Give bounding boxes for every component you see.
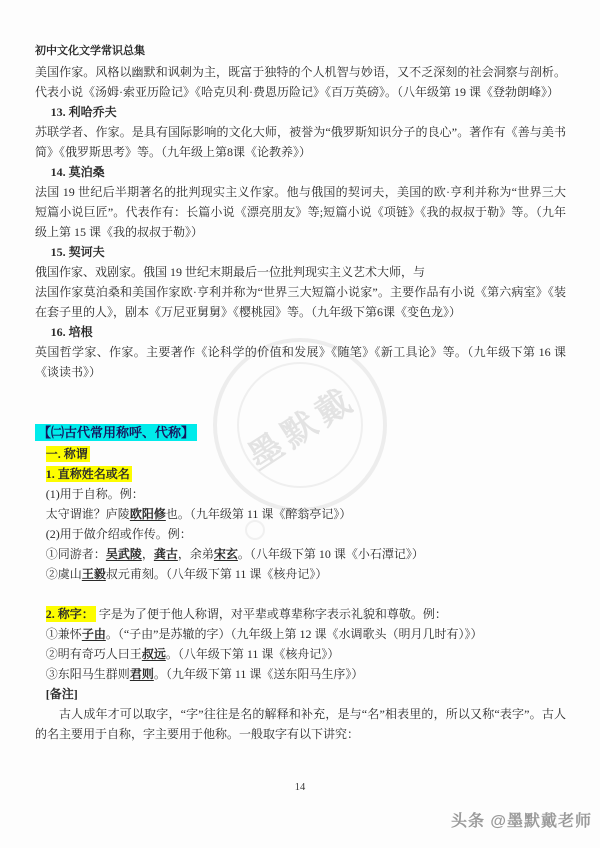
text-line: 13. 利哈乔夫 [35,102,566,122]
text-run: 。（“子由”是苏辙的字）（九年级上第 12 课《水调歌头（明月几时有）》） [106,627,483,641]
text-line: 初中文化文学常识总集 [35,42,566,62]
spacer [35,584,566,604]
text-line: 法国 19 世纪后半期著名的批判现实主义作家。他与俄国的契诃夫，美国的欧·亨利并… [35,182,566,242]
text-run: 法国作家莫泊桑和美国作家欧·亨利并称为“世界三大短篇小说家”。主要作品有小说《第… [35,285,566,319]
text-run: 俄国作家、戏剧家。俄国 19 世纪末期最后一位批判现实主义艺术大师，与 [35,265,425,279]
text-line: 【㈡古代常用称呼、代称】 [35,422,566,444]
text-run: ①兼怀 [46,627,82,641]
text-line: 英国哲学家、作家。主要著作《论科学的价值和发展》《随笔》《新工具论》等。（九年级… [35,342,566,382]
text-run: 。（八年级下第 10 课《小石潭记》） [238,547,424,561]
text-run: 宋玄 [214,547,238,561]
text-run: ①同游者： [46,547,106,561]
text-line: 一. 称谓 [35,444,566,464]
text-run: 也。（九年级第 11 课《醉翁亭记》） [166,507,352,521]
text-line: 1. 直称姓名或名 [35,464,566,484]
text-line: 法国作家莫泊桑和美国作家欧·亨利并称为“世界三大短篇小说家”。主要作品有小说《第… [35,282,566,322]
text-line: 俄国作家、戏剧家。俄国 19 世纪末期最后一位批判现实主义艺术大师，与 [35,262,566,282]
text-run: 2. 称字： [46,606,96,622]
text-run: 欧阳修 [130,507,166,521]
text-line: 15. 契诃夫 [35,242,566,262]
text-line: ①同游者：吴武陵，龚古，余弟宋玄。（八年级下第 10 课《小石潭记》） [35,544,566,564]
text-run: 初中文化文学常识总集 [35,45,145,57]
document-page: 墨默戴 初中文化文学常识总集美国作家。风格以幽默和讽刺为主，既富于独特的个人机智… [0,0,600,848]
spacer [35,382,566,422]
text-run: [备注] [46,687,78,701]
text-run: 。（九年级下第 11 课《送东阳马生序》） [154,667,364,681]
text-run: 古人成年才可以取字，“字”往往是名的解释和补充，是与“名”相表里的，所以又称“表… [35,707,566,741]
text-run: 美国作家。风格以幽默和讽刺为主，既富于独特的个人机智与妙语，又不乏深刻的社会洞察… [35,65,566,99]
text-line: ①兼怀子由。（“子由”是苏辙的字）（九年级上第 12 课《水调歌头（明月几时有）… [35,624,566,644]
text-run: 14. 莫泊桑 [51,165,105,179]
page-number: 14 [0,782,600,793]
text-run: ， [142,547,154,561]
text-run: 法国 19 世纪后半期著名的批判现实主义作家。他与俄国的契诃夫，美国的欧·亨利并… [35,185,566,239]
text-run: 16. 培根 [51,325,93,339]
text-run: 叔远 [142,647,166,661]
text-line: (2)用于做介绍或作传。例： [35,524,566,544]
text-run: ②虞山 [46,567,82,581]
text-run: ，余弟 [178,547,214,561]
text-run: 1. 直称姓名或名 [46,466,132,482]
text-line: ②虞山王毅叔元甫刻。（八年级下第 11 课《核舟记》） [35,564,566,584]
text-run: 苏联学者、作家。是具有国际影响的文化大师，被誉为“俄罗斯知识分子的良心”。著作有… [35,125,566,159]
text-run: (2)用于做介绍或作传。例： [46,527,192,541]
text-run: 叔元甫刻。（八年级下第 11 课《核舟记》） [106,567,328,581]
text-line: 16. 培根 [35,322,566,342]
text-line: 太守谓谁？庐陵欧阳修也。（九年级第 11 课《醉翁亭记》） [35,504,566,524]
text-run: 君则 [130,667,154,681]
text-run: 一. 称谓 [46,446,90,462]
text-run: ②明有奇巧人曰王 [46,647,142,661]
text-run: 太守谓谁？庐陵 [46,507,130,521]
text-line: ③东阳马生群则君则。（九年级下第 11 课《送东阳马生序》） [35,664,566,684]
text-line: ②明有奇巧人曰王叔远。（八年级下第 11 课《核舟记》） [35,644,566,664]
text-run: 英国哲学家、作家。主要著作《论科学的价值和发展》《随笔》《新工具论》等。（九年级… [35,345,566,379]
text-run: 13. 利哈乔夫 [51,105,117,119]
text-run: 【㈡古代常用称呼、代称】 [35,424,197,441]
text-line: (1)用于自称。例： [35,484,566,504]
text-run: (1)用于自称。例： [46,487,144,501]
text-run: 子由 [82,627,106,641]
text-run: 15. 契诃夫 [51,245,105,259]
text-line: [备注] [35,684,566,704]
text-line: 2. 称字： 字是为了便于他人称谓，对平辈或尊辈称字表示礼貌和尊敬。例： [35,604,566,624]
document-body: 初中文化文学常识总集美国作家。风格以幽默和讽刺为主，既富于独特的个人机智与妙语，… [35,42,566,744]
text-run: 。（八年级下第 11 课《核舟记》） [166,647,340,661]
text-run: ③东阳马生群则 [46,667,130,681]
text-run: 龚古 [154,547,178,561]
text-line: 古人成年才可以取字，“字”往往是名的解释和补充，是与“名”相表里的，所以又称“表… [35,704,566,744]
text-run: 吴武陵 [106,547,142,561]
text-line: 苏联学者、作家。是具有国际影响的文化大师，被誉为“俄罗斯知识分子的良心”。著作有… [35,122,566,162]
text-line: 美国作家。风格以幽默和讽刺为主，既富于独特的个人机智与妙语，又不乏深刻的社会洞察… [35,62,566,102]
footer-watermark: 头条 @墨默戴老师 [451,808,592,831]
text-line: 14. 莫泊桑 [35,162,566,182]
text-run: 王毅 [82,567,106,581]
text-run: 字是为了便于他人称谓，对平辈或尊辈称字表示礼貌和尊敬。例： [96,607,447,621]
